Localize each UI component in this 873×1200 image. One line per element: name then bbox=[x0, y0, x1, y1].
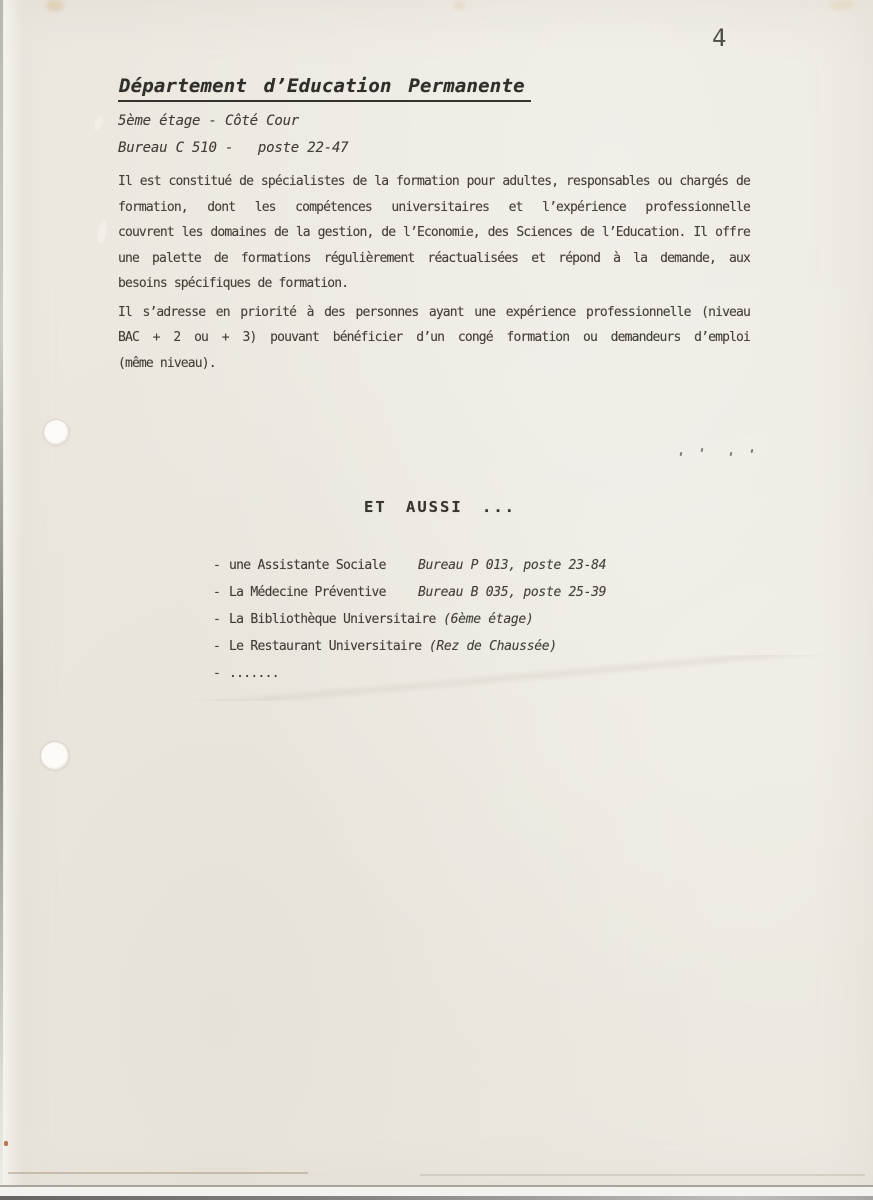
paper-stain bbox=[454, 2, 465, 9]
paragraph-line: Il s’adresse en priorité à des personnes… bbox=[118, 300, 750, 326]
paper-stain bbox=[830, 0, 854, 10]
paper-bottom-edge bbox=[0, 1185, 873, 1188]
document-page: 4 Département d’Education Permanente 5èm… bbox=[0, 0, 873, 1200]
paragraph-line: formation, dont les compétences universi… bbox=[118, 195, 750, 221]
list-item-ellipsis: -....... bbox=[213, 660, 750, 687]
paragraph-line: une palette de formations régulièrement … bbox=[118, 246, 750, 272]
services-list: -une Assistante SocialeBureau P 013, pos… bbox=[118, 552, 750, 687]
paper-bottom-mark bbox=[8, 1172, 308, 1174]
scanner-bed-edge bbox=[0, 1196, 873, 1200]
list-item-assistante-sociale: -une Assistante SocialeBureau P 013, pos… bbox=[213, 552, 750, 579]
paragraph-line: couvrent les domaines de la gestion, de … bbox=[118, 220, 750, 246]
paper-scratch bbox=[96, 220, 107, 245]
audience-paragraph: Il s’adresse en priorité à des personnes… bbox=[118, 300, 750, 377]
rust-speck bbox=[4, 1141, 8, 1146]
list-dash: - bbox=[213, 633, 229, 660]
department-title: Département d’Education Permanente bbox=[118, 74, 531, 102]
list-dash: - bbox=[213, 579, 229, 606]
item-detail: (Rez de Chaussée) bbox=[429, 639, 557, 654]
list-dash: - bbox=[213, 606, 229, 633]
description-paragraph: Il est constitué de spécialistes de la f… bbox=[118, 169, 750, 297]
item-detail: (6ème étage) bbox=[443, 612, 533, 627]
paragraph-line: BAC + 2 ou + 3) pouvant bénéficier d’un … bbox=[118, 325, 750, 351]
et-aussi-heading: ET AUSSI ... bbox=[118, 498, 750, 516]
item-detail: Bureau P 013, poste 23-84 bbox=[418, 558, 606, 573]
paragraph-line: besoins spécifiques de formation. bbox=[118, 271, 750, 297]
item-label: Le Restaurant Universitaire bbox=[229, 639, 421, 654]
list-item-restaurant: -Le Restaurant Universitaire (Rez de Cha… bbox=[213, 633, 750, 660]
scanned-document: { "page": { "number": "4" }, "header": {… bbox=[0, 0, 873, 1200]
paragraph-line: Il est constitué de spécialistes de la f… bbox=[118, 169, 750, 195]
scan-edge-highlight bbox=[3, 0, 23, 1200]
list-dash: - bbox=[213, 552, 229, 579]
scanner-background bbox=[0, 1187, 873, 1200]
list-item-bibliotheque: -La Bibliothèque Universitaire (6ème éta… bbox=[213, 606, 750, 633]
hole-punch-top bbox=[44, 420, 69, 445]
paper-stain bbox=[46, 0, 64, 11]
item-label: La Médecine Préventive bbox=[229, 579, 418, 606]
ink-speck bbox=[751, 449, 754, 453]
list-item-medecine-preventive: -La Médecine PréventiveBureau B 035, pos… bbox=[213, 579, 750, 606]
page-number: 4 bbox=[712, 24, 726, 52]
item-detail: Bureau B 035, poste 25-39 bbox=[418, 585, 606, 600]
paragraph-line: (même niveau). bbox=[118, 351, 750, 377]
paper-bottom-mark bbox=[420, 1174, 865, 1176]
page-content: Département d’Education Permanente 5ème … bbox=[118, 74, 750, 687]
hole-punch-bottom bbox=[41, 742, 69, 770]
item-label: ....... bbox=[229, 666, 279, 681]
location-line: 5ème étage - Côté Cour bbox=[118, 108, 750, 135]
paper-scratch bbox=[92, 114, 104, 131]
item-label: La Bibliothèque Universitaire bbox=[229, 612, 436, 627]
office-phone-line: Bureau C 510 - poste 22-47 bbox=[118, 135, 750, 162]
item-label: une Assistante Sociale bbox=[229, 552, 418, 579]
list-dash: - bbox=[213, 660, 229, 687]
scan-edge-shadow bbox=[0, 0, 4, 1200]
